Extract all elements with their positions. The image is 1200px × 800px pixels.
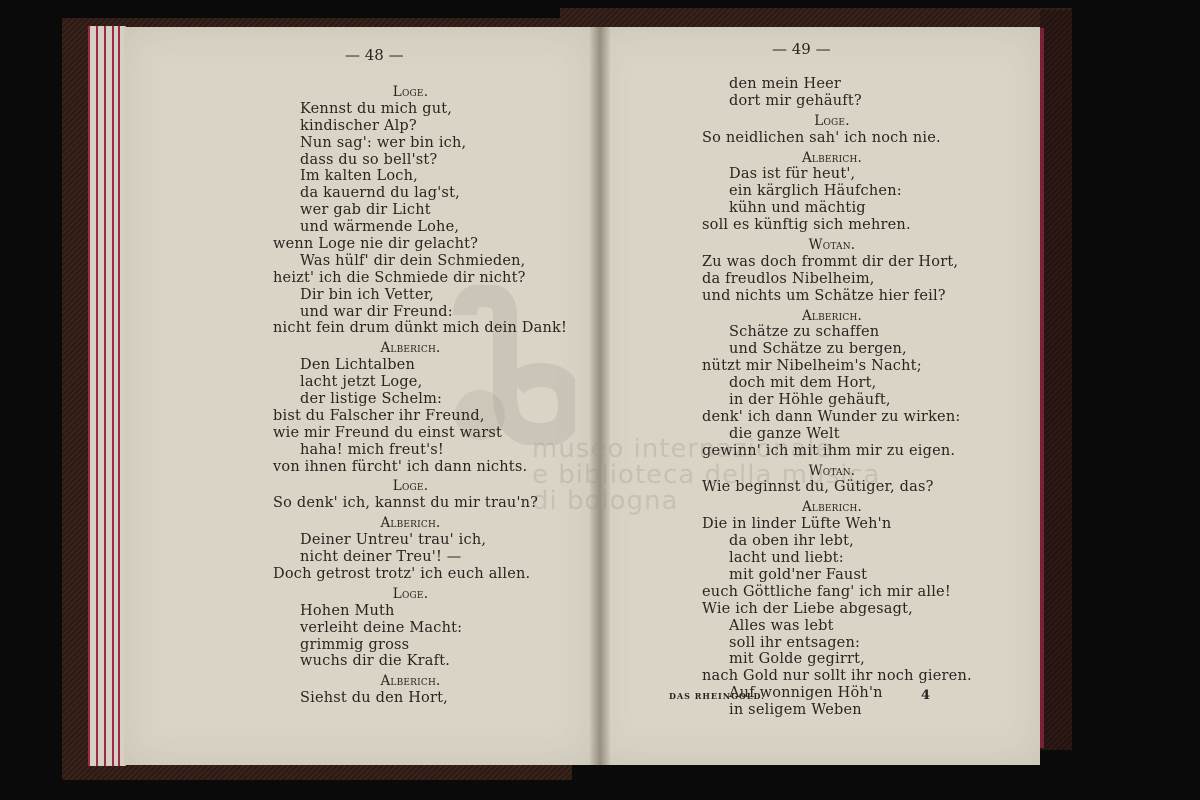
verse-line: gewinn' ich mit ihm mir zu eigen. (702, 443, 962, 460)
watermark-line-3: di bologna (532, 488, 678, 514)
verse-line: Hohen Muth (273, 603, 548, 620)
verse-line: Was hülf' dir dein Schmieden, (273, 253, 548, 270)
verse-line: mit gold'ner Faust (702, 567, 962, 584)
verse-line: dass du so bell'st? (273, 152, 548, 169)
verse-line: und wärmende Lohe, (273, 219, 548, 236)
right-page-number: — 49 — (772, 40, 831, 58)
verse-line: heizt' ich die Schmiede dir nicht? (273, 270, 548, 287)
verse-line: lacht jetzt Loge, (273, 374, 548, 391)
verse-line: Im kalten Loch, (273, 168, 548, 185)
verse-line: die ganze Welt (702, 426, 962, 443)
speaker-name: Alberich. (702, 150, 962, 167)
verse-line: Schätze zu schaffen (702, 324, 962, 341)
verse-line: Doch getrost trotz' ich euch allen. (273, 566, 548, 583)
verse-line: So denk' ich, kannst du mir trau'n? (273, 495, 548, 512)
verse-line: nach Gold nur sollt ihr noch gieren. (702, 668, 962, 685)
verse-line: Die in linder Lüfte Weh'n (702, 516, 962, 533)
verse-line: und war dir Freund: (273, 304, 548, 321)
verse-line: doch mit dem Hort, (702, 375, 962, 392)
speaker-name: Alberich. (273, 515, 548, 532)
verse-line: So neidlichen sah' ich noch nie. (702, 130, 962, 147)
verse-line: Dir bin ich Vetter, (273, 287, 548, 304)
verse-line: nützt mir Nibelheim's Nacht; (702, 358, 962, 375)
verse-line: mit Golde gegirrt, (702, 651, 962, 668)
book-gutter (590, 27, 610, 765)
verse-line: grimmig gross (273, 637, 548, 654)
verse-line: da kauernd du lag'st, (273, 185, 548, 202)
verse-line: bist du Falscher ihr Freund, (273, 408, 548, 425)
verse-line: wenn Loge nie dir gelacht? (273, 236, 548, 253)
verse-line: nicht fein drum dünkt mich dein Dank! (273, 320, 548, 337)
verse-line: wuchs dir die Kraft. (273, 653, 548, 670)
verse-line: Den Lichtalben (273, 357, 548, 374)
speaker-name: Wotan. (702, 237, 962, 254)
verse-line: haha! mich freut's! (273, 442, 548, 459)
verse-line: wie mir Freund du einst warst (273, 425, 548, 442)
verse-line: euch Göttliche fang' ich mir alle! (702, 584, 962, 601)
speaker-name: Wotan. (702, 463, 962, 480)
speaker-name: Loge. (702, 113, 962, 130)
speaker-name: Loge. (273, 478, 548, 495)
verse-line: kühn und mächtig (702, 200, 962, 217)
verse-line: soll ihr entsagen: (702, 635, 962, 652)
verse-line: Wie ich der Liebe abgesagt, (702, 601, 962, 618)
verse-line: nicht deiner Treu'! — (273, 549, 548, 566)
verse-line: soll es künftig sich mehren. (702, 217, 962, 234)
verse-line: da freudlos Nibelheim, (702, 271, 962, 288)
speaker-name: Loge. (273, 586, 548, 603)
signature-mark: 4 (921, 688, 930, 703)
verse-line: verleiht deine Macht: (273, 620, 548, 637)
verse-line: Siehst du den Hort, (273, 690, 548, 707)
book-cover-right (1040, 10, 1072, 750)
verse-line: der listige Schelm: (273, 391, 548, 408)
verse-line: und nichts um Schätze hier feil? (702, 288, 962, 305)
verse-line: Deiner Untreu' trau' ich, (273, 532, 548, 549)
verse-line: ein kärglich Häufchen: (702, 183, 962, 200)
verse-line: Wie beginnst du, Gütiger, das? (702, 479, 962, 496)
verse-line: Alles was lebt (702, 618, 962, 635)
book-cover-top (560, 8, 1072, 28)
verse-line: da oben ihr lebt, (702, 533, 962, 550)
running-footer: DAS RHEINGOLD. (669, 691, 765, 701)
verse-line: den mein Heer (702, 76, 962, 93)
verse-line: dort mir gehäuft? (702, 93, 962, 110)
verse-line: Kennst du mich gut, (273, 101, 548, 118)
verse-line: Nun sag': wer bin ich, (273, 135, 548, 152)
verse-line: denk' ich dann Wunder zu wirken: (702, 409, 962, 426)
speaker-name: Alberich. (273, 340, 548, 357)
speaker-name: Loge. (273, 84, 548, 101)
verse-line: in der Höhle gehäuft, (702, 392, 962, 409)
left-page-number: — 48 — (345, 46, 404, 64)
right-page-edge (1040, 28, 1044, 748)
verse-line: wer gab dir Licht (273, 202, 548, 219)
right-page-text: den mein Heerdort mir gehäuft?Loge.So ne… (702, 76, 962, 719)
verse-line: kindischer Alp? (273, 118, 548, 135)
verse-line: in seligem Weben (702, 702, 962, 719)
verse-line: lacht und liebt: (702, 550, 962, 567)
verse-line: und Schätze zu bergen, (702, 341, 962, 358)
left-page-text: Loge.Kennst du mich gut,kindischer Alp?N… (273, 84, 548, 707)
verse-line: von ihnen fürcht' ich dann nichts. (273, 459, 548, 476)
speaker-name: Alberich. (702, 499, 962, 516)
verse-line: Zu was doch frommt dir der Hort, (702, 254, 962, 271)
speaker-name: Alberich. (273, 673, 548, 690)
verse-line: Das ist für heut', (702, 166, 962, 183)
speaker-name: Alberich. (702, 308, 962, 325)
